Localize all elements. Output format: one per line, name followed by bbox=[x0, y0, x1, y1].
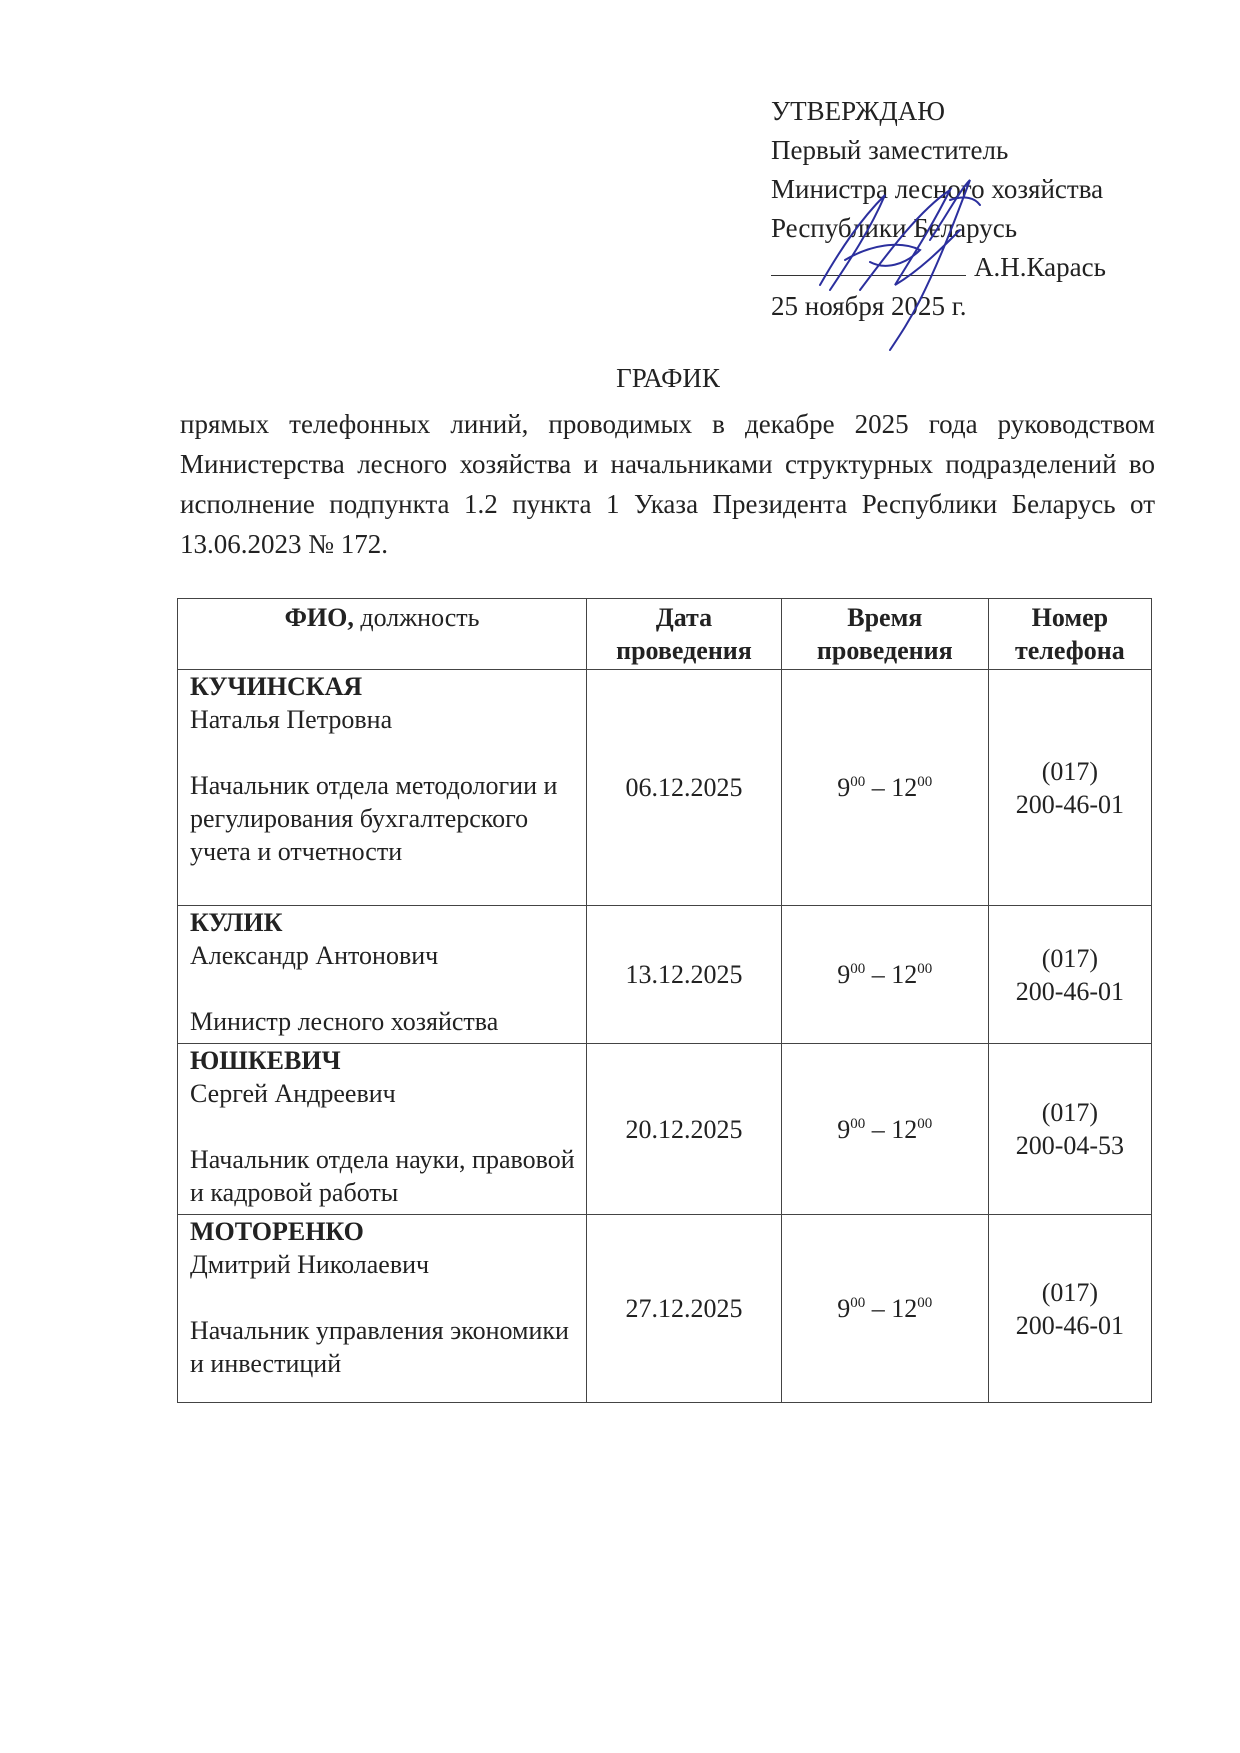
phone-cell: (017)200-04-53 bbox=[988, 1044, 1151, 1215]
position: Начальник отдела науки, правовой и кадро… bbox=[190, 1143, 578, 1209]
person-cell: КУЛИКАлександр АнтоновичМинистр лесного … bbox=[178, 906, 587, 1044]
approval-line: Первый заместитель bbox=[771, 131, 1106, 170]
intro-text: прямых телефонных линий, проводимых в де… bbox=[180, 404, 1155, 564]
date-cell: 06.12.2025 bbox=[587, 670, 782, 906]
person-cell: ЮШКЕВИЧСергей АндреевичНачальник отдела … bbox=[178, 1044, 587, 1215]
position: Начальник отдела методологии и регулиров… bbox=[190, 769, 578, 868]
phone-cell: (017)200-46-01 bbox=[988, 906, 1151, 1044]
date-cell: 13.12.2025 bbox=[587, 906, 782, 1044]
person-cell: КУЧИНСКАЯНаталья ПетровнаНачальник отдел… bbox=[178, 670, 587, 906]
given-name: Наталья Петровна bbox=[190, 703, 578, 736]
approval-date: 25 ноября 2025 г. bbox=[771, 287, 1106, 326]
header-phone: Номертелефона bbox=[988, 599, 1151, 670]
position: Начальник управления экономики и инвести… bbox=[190, 1314, 578, 1380]
header-fio: ФИО, должность bbox=[178, 599, 587, 670]
table-header-row: ФИО, должность Датапроведения Времяпрове… bbox=[178, 599, 1152, 670]
table-row: КУЧИНСКАЯНаталья ПетровнаНачальник отдел… bbox=[178, 670, 1152, 906]
position: Министр лесного хозяйства bbox=[190, 1005, 578, 1038]
phone-cell: (017)200-46-01 bbox=[988, 1215, 1151, 1403]
surname: МОТОРЕНКО bbox=[190, 1215, 578, 1248]
date-cell: 20.12.2025 bbox=[587, 1044, 782, 1215]
surname: КУЛИК bbox=[190, 906, 578, 939]
approval-line: Министра лесного хозяйства bbox=[771, 170, 1106, 209]
header-time: Времяпроведения bbox=[781, 599, 988, 670]
time-cell: 900 – 1200 bbox=[781, 1044, 988, 1215]
surname: ЮШКЕВИЧ bbox=[190, 1044, 578, 1077]
given-name: Дмитрий Николаевич bbox=[190, 1248, 578, 1281]
approval-heading: УТВЕРЖДАЮ bbox=[771, 92, 1106, 131]
table-row: МОТОРЕНКОДмитрий НиколаевичНачальник упр… bbox=[178, 1215, 1152, 1403]
table-row: КУЛИКАлександр АнтоновичМинистр лесного … bbox=[178, 906, 1152, 1044]
person-cell: МОТОРЕНКОДмитрий НиколаевичНачальник упр… bbox=[178, 1215, 587, 1403]
phone-cell: (017)200-46-01 bbox=[988, 670, 1151, 906]
document-intro: прямых телефонных линий, проводимых в де… bbox=[180, 404, 1155, 564]
given-name: Александр Антонович bbox=[190, 939, 578, 972]
schedule-table: ФИО, должность Датапроведения Времяпрове… bbox=[177, 598, 1152, 1403]
time-cell: 900 – 1200 bbox=[781, 906, 988, 1044]
header-date: Датапроведения bbox=[587, 599, 782, 670]
approval-block: УТВЕРЖДАЮ Первый заместитель Министра ле… bbox=[771, 92, 1106, 326]
signatory-name: А.Н.Карась bbox=[974, 252, 1106, 282]
document-title: ГРАФИК bbox=[0, 363, 1240, 394]
time-cell: 900 – 1200 bbox=[781, 1215, 988, 1403]
signature-line bbox=[771, 249, 966, 276]
table-row: ЮШКЕВИЧСергей АндреевичНачальник отдела … bbox=[178, 1044, 1152, 1215]
time-cell: 900 – 1200 bbox=[781, 670, 988, 906]
approval-line: Республики Беларусь bbox=[771, 209, 1106, 248]
surname: КУЧИНСКАЯ bbox=[190, 670, 578, 703]
date-cell: 27.12.2025 bbox=[587, 1215, 782, 1403]
given-name: Сергей Андреевич bbox=[190, 1077, 578, 1110]
